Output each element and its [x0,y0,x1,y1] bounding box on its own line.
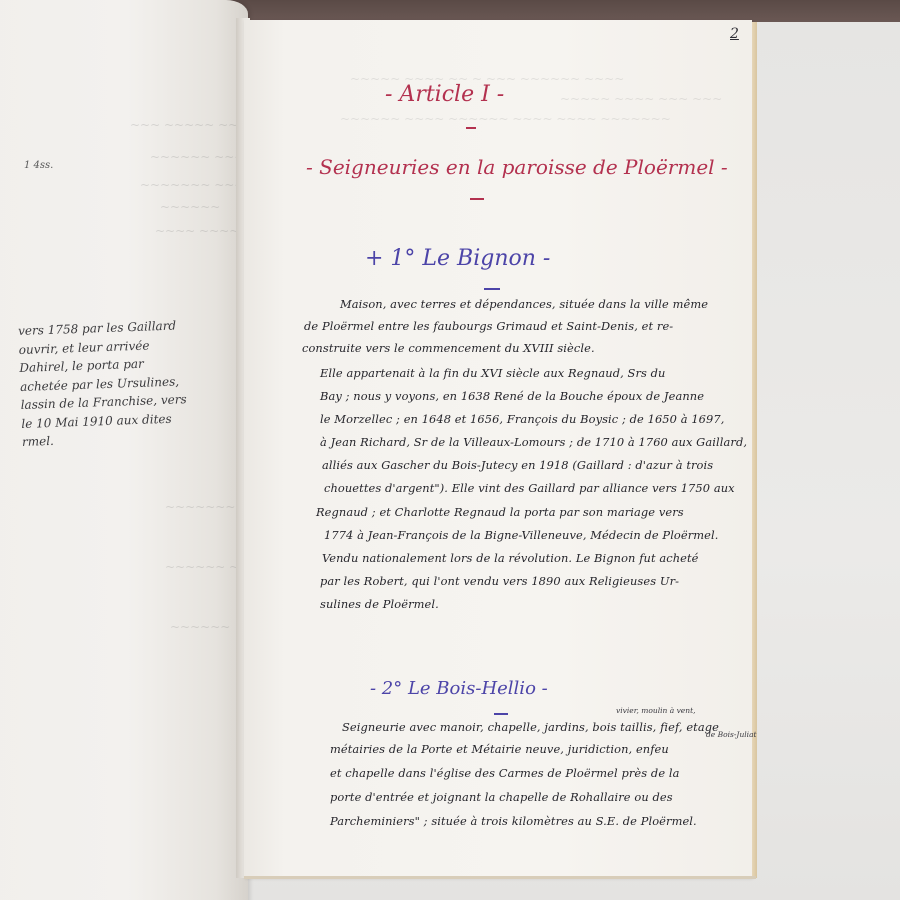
separator-dash [484,288,500,290]
bleed-through-text: ~~~~~~~ ~~~~~ [140,178,248,192]
bleed-through-text: ~~~~~~ [170,620,230,634]
entry-heading-bignon: + 1° Le Bignon - [365,246,550,271]
bleed-through-text: ~~~~~~~ [165,500,235,514]
article-title: - Article I - [385,82,504,107]
text-line: Bay ; nous y voyons, en 1638 René de la … [320,389,704,403]
text-line: sulines de Ploërmel. [320,597,439,611]
text-line: Regnaud ; et Charlotte Regnaud la porta … [316,505,684,519]
text-line: porte d'entrée et joignant la chapelle d… [330,790,673,804]
text-line: Maison, avec terres et dépendances, situ… [340,297,708,311]
bleed-through-text: ~~~~~~ ~~~~ ~~~~~~ ~~~~ ~~~~ ~~~~~~~ [340,112,671,126]
entry-heading-bois-hellio: - 2° Le Bois-Hellio - [370,678,548,699]
separator-dash [494,713,508,715]
bleed-through-text: ~~~ ~~~~~ ~~ [130,118,238,132]
text-line: le Morzellec ; en 1648 et 1656, François… [320,412,724,426]
interlinear-note: vivier, moulin à vent, [616,706,695,715]
page-bottom-edge [244,876,756,879]
bleed-through-text: ~~~~~ ~~~~ ~~~ ~~~ [560,92,722,106]
text-line: Seigneurie avec manoir, chapelle, jardin… [342,720,719,734]
bleed-through-text: ~~~~~~ [160,200,220,214]
bleed-through-text: ~~~~~~ ~~~~~ [150,150,248,164]
section-title: - Seigneuries en la paroisse de Ploërmel… [306,155,728,179]
text-line: de Ploërmel entre les faubourgs Grimaud … [304,319,673,333]
page-number: 2 [730,26,739,42]
separator-dash [470,198,484,200]
text-line: et chapelle dans l'église des Carmes de … [330,766,680,780]
left-date-fragment: 1 4ss. [24,160,53,171]
text-line: Elle appartenait à la fin du XVI siècle … [320,366,665,380]
text-line: par les Robert, qui l'ont vendu vers 189… [320,574,679,588]
left-page-notes: vers 1758 par les Gaillard ouvrir, et le… [18,314,252,451]
separator-dash [466,127,476,129]
text-line: Vendu nationalement lors de la révolutio… [322,551,699,565]
bleed-through-text: ~~~~ ~~~~~~ [155,224,248,238]
text-line: construite vers le commencement du XVIII… [302,341,595,355]
text-line: alliés aux Gascher du Bois-Jutecy en 191… [322,458,713,472]
text-line: Parcheminiers" ; située à trois kilomètr… [330,814,697,828]
text-line: 1774 à Jean-François de la Bigne-Villene… [324,528,719,542]
text-line: chouettes d'argent"). Elle vint des Gail… [324,481,735,495]
text-line: à Jean Richard, Sr de la Villeaux-Lomour… [320,435,747,449]
text-line: métairies de la Porte et Métairie neuve,… [330,742,669,756]
page-fore-edge [752,22,757,878]
